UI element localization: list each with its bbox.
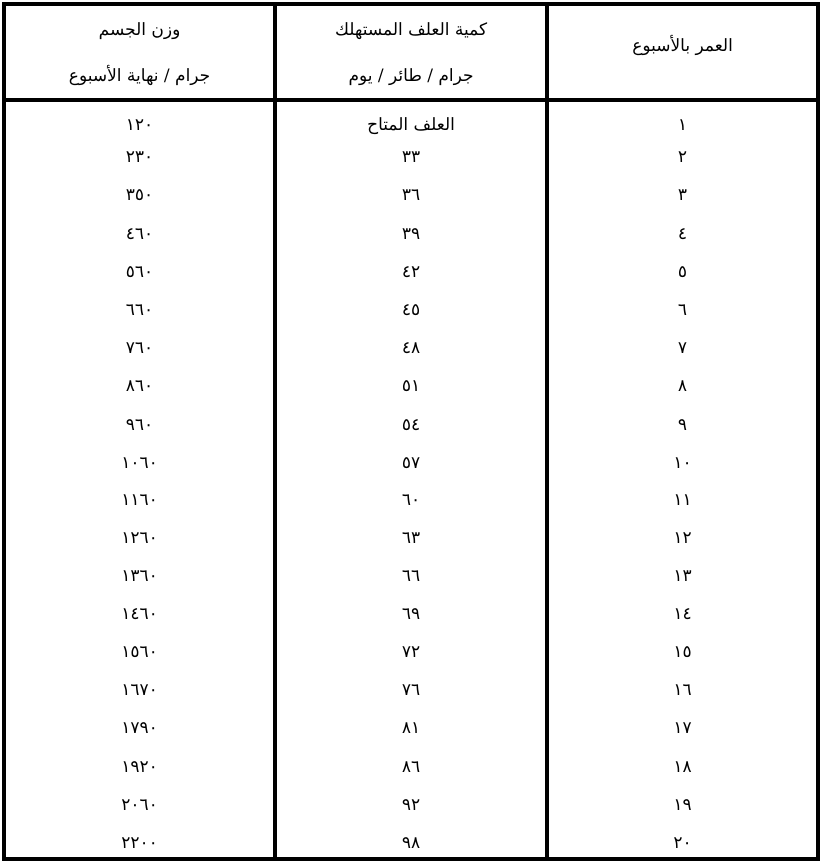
header-unit: جرام / طائر / يوم [277, 66, 545, 86]
cell-age-week: ٤ [549, 215, 816, 253]
cell-feed-consumed: ٧٢ [277, 633, 545, 671]
cell-feed-consumed: ٣٩ [277, 215, 545, 253]
cell-feed-consumed: ٥٧ [277, 444, 545, 482]
cell-body-weight: ١٢٦٠ [6, 519, 273, 557]
header-body-weight: وزن الجسم جرام / نهاية الأسبوع [6, 6, 273, 98]
column-age-weeks: العمر بالأسبوع ١٢٣٤٥٦٧٨٩١٠١١١٢١٣١٤١٥١٦١٧… [549, 6, 816, 857]
cell-body-weight: ١٦٧٠ [6, 671, 273, 709]
cell-age-week: ٥ [549, 253, 816, 291]
cell-feed-consumed: ٩٢ [277, 786, 545, 824]
column-body-weight: وزن الجسم جرام / نهاية الأسبوع ١٢٠٢٣٠٣٥٠… [6, 6, 273, 857]
cell-body-weight: ١٤٦٠ [6, 595, 273, 633]
cell-age-week: ٧ [549, 329, 816, 367]
cell-body-weight: ٢٠٦٠ [6, 786, 273, 824]
cell-age-week: ١٧ [549, 709, 816, 747]
cell-feed-consumed: ٤٥ [277, 291, 545, 329]
cell-age-week: ١٩ [549, 786, 816, 824]
cell-body-weight: ١٧٩٠ [6, 709, 273, 747]
cell-age-week: ٢ [549, 138, 816, 176]
cell-body-weight: ٦٦٠ [6, 291, 273, 329]
cell-feed-consumed: ٤٨ [277, 329, 545, 367]
cell-feed-consumed: ٩٨ [277, 824, 545, 862]
cell-feed-consumed: ٣٦ [277, 176, 545, 214]
cell-body-weight: ١٩٢٠ [6, 748, 273, 786]
cell-body-weight: ٤٦٠ [6, 215, 273, 253]
header-feed-consumed: كمية العلف المستهلك جرام / طائر / يوم [277, 6, 545, 98]
cell-body-weight: ٢٢٠٠ [6, 824, 273, 862]
cell-body-weight: ١٥٦٠ [6, 633, 273, 671]
cell-body-weight: ١٠٦٠ [6, 444, 273, 482]
header-age-weeks: العمر بالأسبوع [549, 6, 816, 98]
cell-age-week: ٢٠ [549, 824, 816, 862]
cell-age-week: ٦ [549, 291, 816, 329]
cell-age-week: ١١ [549, 481, 816, 519]
cell-body-weight: ٣٥٠ [6, 176, 273, 214]
cell-age-week: ١٨ [549, 748, 816, 786]
cell-body-weight: ٩٦٠ [6, 406, 273, 444]
cell-age-week: ٣ [549, 176, 816, 214]
cell-age-week: ١٥ [549, 633, 816, 671]
cell-feed-consumed: ٦٠ [277, 481, 545, 519]
cell-body-weight: ٨٦٠ [6, 367, 273, 405]
cell-body-weight: ٧٦٠ [6, 329, 273, 367]
cell-feed-consumed: ٨٦ [277, 748, 545, 786]
cell-feed-consumed: ٥١ [277, 367, 545, 405]
header-label: وزن الجسم [6, 20, 273, 40]
column-feed-consumed: كمية العلف المستهلك جرام / طائر / يوم ال… [277, 6, 545, 857]
cell-body-weight: ٥٦٠ [6, 253, 273, 291]
cell-age-week: ٩ [549, 406, 816, 444]
cell-body-weight: ١١٦٠ [6, 481, 273, 519]
header-unit: جرام / نهاية الأسبوع [6, 66, 273, 86]
header-label: العمر بالأسبوع [549, 36, 816, 56]
cell-feed-consumed: ٥٤ [277, 406, 545, 444]
header-label: كمية العلف المستهلك [277, 20, 545, 40]
cell-feed-consumed: ٤٢ [277, 253, 545, 291]
cell-age-week: ٨ [549, 367, 816, 405]
cell-feed-consumed: ٨١ [277, 709, 545, 747]
cell-feed-consumed: ٧٦ [277, 671, 545, 709]
cell-age-week: ١٦ [549, 671, 816, 709]
cell-feed-consumed: ٦٣ [277, 519, 545, 557]
cell-age-week: ١٠ [549, 444, 816, 482]
cell-feed-consumed: ٣٣ [277, 138, 545, 176]
growth-feed-table: وزن الجسم جرام / نهاية الأسبوع ١٢٠٢٣٠٣٥٠… [2, 2, 820, 861]
cell-age-week: ١٣ [549, 557, 816, 595]
cell-age-week: ١٢ [549, 519, 816, 557]
cell-feed-consumed: ٦٩ [277, 595, 545, 633]
cell-age-week: ١٤ [549, 595, 816, 633]
cell-feed-consumed: ٦٦ [277, 557, 545, 595]
cell-body-weight: ٢٣٠ [6, 138, 273, 176]
cell-body-weight: ١٣٦٠ [6, 557, 273, 595]
